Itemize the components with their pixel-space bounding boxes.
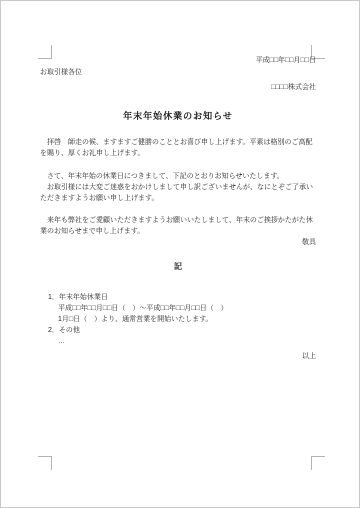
closing-word: 敬具 [40, 237, 316, 248]
holiday-date-range: 平成□□年□□月□□日（ ）～平成□□年□□月□□日（ ） [58, 303, 316, 314]
document-content: 平成□□年□□月□□日 お取引様各位 □□□□株式会社 年末年始休業のお知らせ … [40, 53, 316, 362]
list-item-2-detail: … [58, 336, 316, 347]
record-heading: 記 [40, 261, 316, 273]
record-list: 1．年末年始休業日 平成□□年□□月□□日（ ）～平成□□年□□月□□日（ ） … [48, 292, 316, 347]
paragraph-greeting: 拝啓 師走の候、ますますご健勝のこととお喜び申し上げます。平素は格別のご高配を賜… [40, 137, 316, 159]
document-page: 平成□□年□□月□□日 お取引様各位 □□□□株式会社 年末年始休業のお知らせ … [0, 0, 360, 508]
list-item-2: 2．その他 [48, 325, 316, 336]
list-item-1-number: 1． [48, 294, 59, 301]
document-date: 平成□□年□□月□□日 [40, 55, 316, 66]
paragraph-closing-remarks: 来年も弊社をご愛顧いただきますようお願いいたしまして、年末のご挨拶かたがた休業の… [40, 215, 316, 237]
business-resume-line: 1月□日（ ）より、通常営業を開始いたします。 [58, 314, 316, 325]
document-title: 年末年始休業のお知らせ [40, 110, 316, 122]
sender-company: □□□□株式会社 [40, 82, 316, 93]
page-corner-mark-bottom-left [38, 456, 52, 470]
page-corner-mark-bottom-right [311, 456, 325, 470]
recipient-line: お取引様各位 [40, 67, 316, 78]
list-item-1: 1．年末年始休業日 [48, 292, 316, 303]
list-item-1-title: 年末年始休業日 [59, 294, 108, 301]
paragraph-apology: お取引様には大変ご迷惑をおかけしまして申し訳ございませんが、なにとぞご了承いただ… [40, 182, 316, 204]
list-item-2-number: 2． [48, 327, 59, 334]
end-mark: 以上 [40, 351, 316, 362]
paragraph-announcement: さて、年末年始の休業日につきまして、下記のとおりお知らせいたします。 [40, 171, 316, 182]
list-item-2-title: その他 [59, 327, 80, 334]
